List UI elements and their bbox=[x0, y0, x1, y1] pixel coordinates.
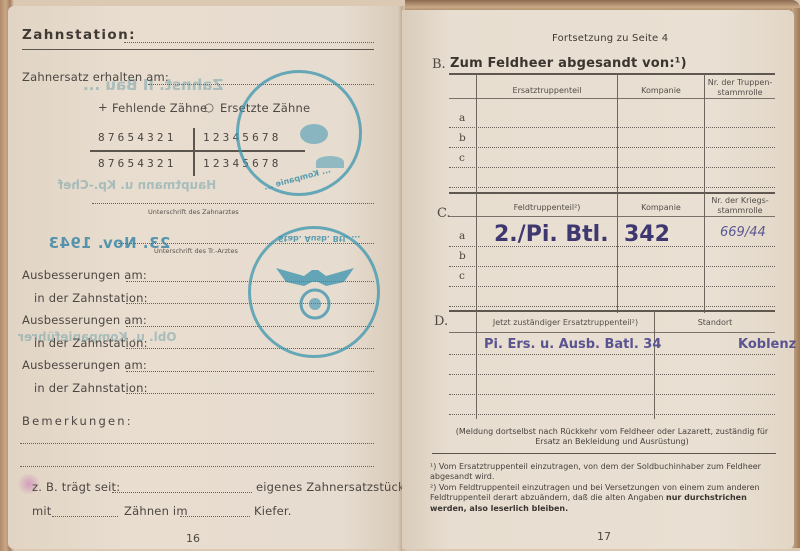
teeth-count-field[interactable] bbox=[52, 516, 118, 517]
faint-stamp-captain: Hauptmann u. Kp.-Chef bbox=[58, 178, 216, 192]
col-replacement-unit: Ersatztruppenteil bbox=[478, 86, 616, 96]
field-unit-value[interactable]: 2./Pi. Btl. bbox=[494, 222, 609, 247]
col-troop-roll-number: Nr. der Truppen-stammrolle bbox=[706, 78, 774, 98]
eagle-emblem-icon bbox=[274, 262, 356, 326]
row-label-a: a bbox=[459, 112, 465, 124]
since-label: z. B. trägt seit: bbox=[32, 480, 120, 494]
row-label-c: c bbox=[459, 152, 465, 164]
section-c-letter: C. bbox=[437, 206, 451, 221]
row-label-b: b bbox=[459, 132, 466, 144]
section-d-letter: D. bbox=[434, 314, 448, 329]
section-d-note: (Meldung dortselbst nach Rückkehr vom Fe… bbox=[446, 427, 778, 448]
missing-teeth-label: Fehlende Zähne bbox=[112, 101, 207, 115]
dentist-signature-field[interactable] bbox=[92, 203, 374, 204]
footnote-1: ¹) Vom Ersatztruppenteil einzutragen, vo… bbox=[430, 462, 778, 483]
upper-right-teeth[interactable]: 87654321 bbox=[98, 131, 177, 144]
jaw-label: Kiefer. bbox=[254, 504, 292, 518]
jaw-divider-vertical bbox=[193, 128, 195, 176]
missing-teeth-symbol: + bbox=[98, 100, 108, 114]
divider bbox=[22, 49, 374, 50]
footnote-2: ²) Vom Feldtruppenteil einzutragen und b… bbox=[430, 483, 778, 514]
replaced-teeth-symbol: ○ bbox=[204, 100, 214, 114]
repairs-label-1: Ausbesserungen am: bbox=[22, 268, 147, 282]
remarks-label: Bemerkungen: bbox=[22, 414, 133, 428]
current-unit-value[interactable]: Pi. Ers. u. Ausb. Batl. 34 bbox=[484, 337, 661, 352]
section-b-letter: B. bbox=[432, 57, 446, 72]
col-company: Kompanie bbox=[618, 86, 704, 96]
denture-received-label: Zahnersatz erhalten am: bbox=[22, 70, 169, 84]
teeth-in-label: Zähnen im bbox=[124, 504, 188, 518]
right-page: Fortsetzung zu Seite 4 B. Zum Feldheer a… bbox=[402, 10, 794, 549]
open-paybook: Zahnstation: Zahnst. II Bau ... Zahnersa… bbox=[0, 0, 800, 551]
footnote-divider bbox=[432, 453, 776, 454]
with-label: mit bbox=[32, 504, 52, 518]
col-current-replacement-unit: Jetzt zuständiger Ersatztruppenteil²) bbox=[478, 318, 653, 328]
row-label-b-c: b bbox=[459, 250, 466, 262]
col-field-unit: Feldtruppenteil²) bbox=[478, 203, 616, 213]
own-denture-label: eigenes Zahnersatzstück bbox=[256, 480, 405, 494]
repairs-station-field-3[interactable] bbox=[126, 393, 374, 394]
repairs-date-field-3[interactable] bbox=[126, 371, 374, 372]
location-value[interactable]: Koblenz bbox=[738, 337, 796, 352]
repairs-label-3: Ausbesserungen am: bbox=[22, 358, 147, 372]
jaw-field[interactable] bbox=[180, 516, 250, 517]
company-value[interactable]: 342 bbox=[624, 222, 670, 247]
col-location: Standort bbox=[656, 318, 774, 328]
war-roll-number-value[interactable]: 669/44 bbox=[720, 225, 766, 240]
remarks-field-2[interactable] bbox=[20, 466, 374, 467]
doctor-signature-caption: Unterschrift des Tr.-Arztes bbox=[154, 247, 238, 255]
page-number-left: 16 bbox=[186, 532, 200, 545]
since-field[interactable] bbox=[112, 492, 252, 493]
repairs-label-2: Ausbesserungen am: bbox=[22, 313, 147, 327]
col-war-roll-number: Nr. der Kriegs-stammrolle bbox=[706, 196, 774, 216]
section-b-title: Zum Feldheer abgesandt von:¹) bbox=[450, 56, 687, 71]
left-page: Zahnstation: Zahnst. II Bau ... Zahnersa… bbox=[8, 6, 402, 549]
row-label-c-c: c bbox=[459, 270, 465, 282]
remarks-field-1[interactable] bbox=[20, 443, 374, 444]
row-label-a-c: a bbox=[459, 230, 465, 242]
dentist-signature-caption: Unterschrift des Zahnarztes bbox=[148, 208, 239, 216]
continuation-header: Fortsetzung zu Seite 4 bbox=[552, 33, 668, 44]
col-company-c: Kompanie bbox=[618, 203, 704, 213]
lower-right-teeth[interactable]: 87654321 bbox=[98, 157, 177, 170]
dental-station-title: Zahnstation: bbox=[22, 27, 136, 43]
dental-station-field[interactable] bbox=[124, 42, 374, 43]
page-number-right: 17 bbox=[597, 530, 611, 543]
